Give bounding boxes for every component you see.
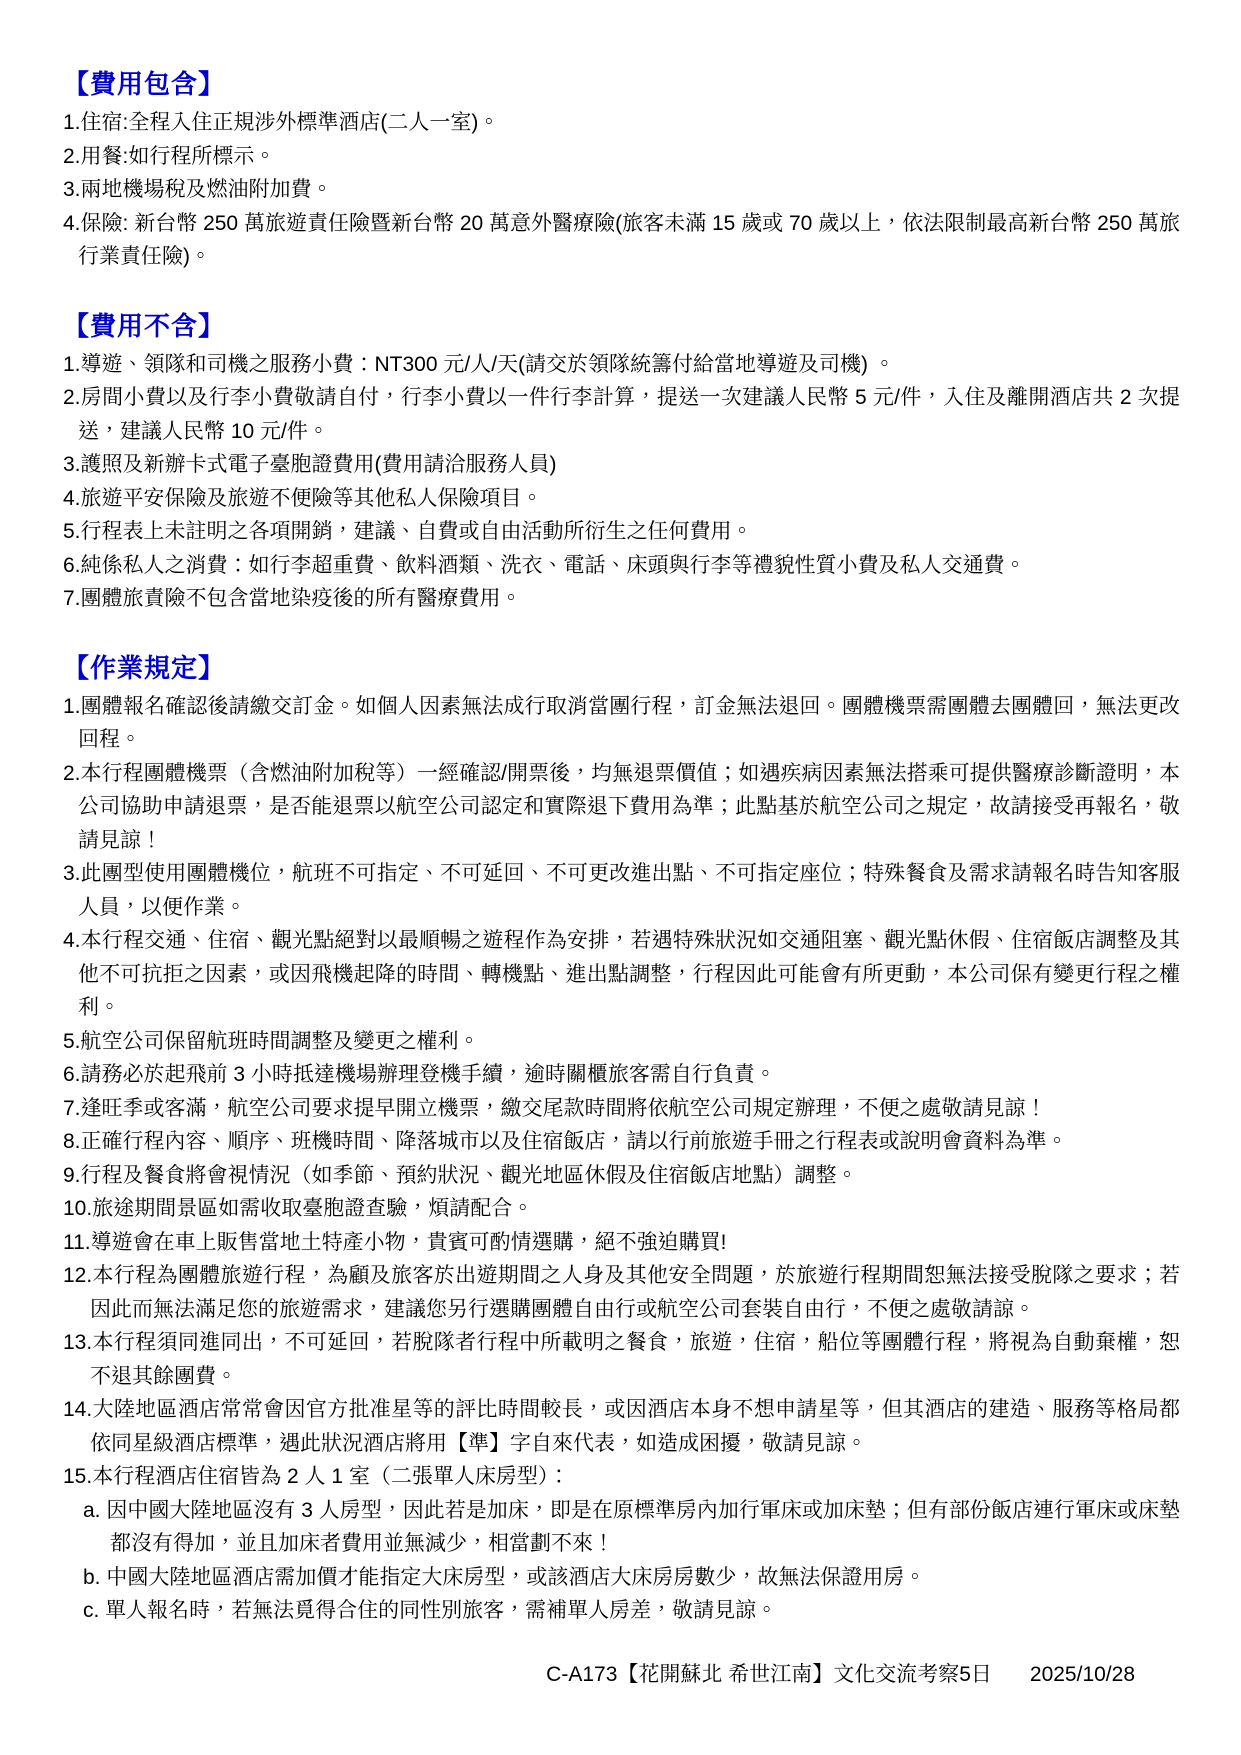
list-item: 2.用餐:如行程所標示。	[63, 140, 1180, 174]
list-item: 5.航空公司保留航班時間調整及變更之權利。	[63, 1025, 1180, 1059]
footer-date: 2025/10/28	[1030, 1658, 1135, 1692]
list-item: b. 中國大陸地區酒店需加價才能指定大床房型，或該酒店大床房房數少，故無法保證用…	[83, 1561, 1180, 1595]
section-fees-excluded: 【費用不含】1.導遊、領隊和司機之服務小費：NT300 元/人/天(請交於領隊統…	[63, 308, 1180, 616]
list-item: a. 因中國大陸地區沒有 3 人房型，因此若是加床，即是在原標準房內加行軍床或加…	[83, 1494, 1180, 1561]
document-sections: 【費用包含】1.住宿:全程入住正規涉外標準酒店(二人一室)。2.用餐:如行程所標…	[63, 66, 1180, 1628]
document-footer: C-A173【花開蘇北 希世江南】文化交流考察5日 2025/10/28	[63, 1658, 1180, 1692]
section-heading-fees-excluded: 【費用不含】	[63, 308, 1180, 344]
list-item: 3.此團型使用團體機位，航班不可指定、不可延回、不可更改進出點、不可指定座位；特…	[63, 857, 1180, 924]
section-heading-operation-rules: 【作業規定】	[63, 650, 1180, 686]
list-item: 1.團體報名確認後請繳交訂金。如個人因素無法成行取消當團行程，訂金無法退回。團體…	[63, 690, 1180, 757]
list-item: 1.住宿:全程入住正規涉外標準酒店(二人一室)。	[63, 106, 1180, 140]
list-item: 6.請務必於起飛前 3 小時抵達機場辦理登機手續，逾時關櫃旅客需自行負責。	[63, 1058, 1180, 1092]
list-item: 6.純係私人之消費：如行李超重費、飲料酒類、洗衣、電話、床頭與行李等禮貌性質小費…	[63, 549, 1180, 583]
list-item: 7.逢旺季或客滿，航空公司要求提早開立機票，繳交尾款時間將依航空公司規定辦理，不…	[63, 1092, 1180, 1126]
list-item: 9.行程及餐食將會視情況（如季節、預約狀況、觀光地區休假及住宿飯店地點）調整。	[63, 1159, 1180, 1193]
list-item: 10.旅途期間景區如需收取臺胞證查驗，煩請配合。	[63, 1192, 1180, 1226]
section-operation-rules: 【作業規定】1.團體報名確認後請繳交訂金。如個人因素無法成行取消當團行程，訂金無…	[63, 650, 1180, 1628]
list-item: 5.行程表上未註明之各項開銷，建議、自費或自由活動所衍生之任何費用。	[63, 515, 1180, 549]
list-item: 4.旅遊平安保險及旅遊不便險等其他私人保險項目。	[63, 482, 1180, 516]
list-item: 13.本行程須同進同出，不可延回，若脫隊者行程中所載明之餐食，旅遊，住宿，船位等…	[63, 1326, 1180, 1393]
list-item: 12.本行程為團體旅遊行程，為顧及旅客於出遊期間之人身及其他安全問題，於旅遊行程…	[63, 1259, 1180, 1326]
list-item: 4.保險: 新台幣 250 萬旅遊責任險暨新台幣 20 萬意外醫療險(旅客未滿 …	[63, 207, 1180, 274]
list-item: 1.導遊、領隊和司機之服務小費：NT300 元/人/天(請交於領隊統籌付給當地導…	[63, 348, 1180, 382]
list-item: 11.導遊會在車上販售當地土特產小物，貴賓可酌情選購，絕不強迫購買!	[63, 1226, 1180, 1260]
list-item: 2.本行程團體機票（含燃油附加稅等）一經確認/開票後，均無退票價值；如遇疾病因素…	[63, 757, 1180, 858]
list-item: 3.兩地機場稅及燃油附加費。	[63, 173, 1180, 207]
list-item: 3.護照及新辦卡式電子臺胞證費用(費用請洽服務人員)	[63, 448, 1180, 482]
list-item: 4.本行程交通、住宿、觀光點絕對以最順暢之遊程作為安排，若遇特殊狀況如交通阻塞、…	[63, 924, 1180, 1025]
list-item: 2.房間小費以及行李小費敬請自付，行李小費以一件行李計算，提送一次建議人民幣 5…	[63, 381, 1180, 448]
section-fees-included: 【費用包含】1.住宿:全程入住正規涉外標準酒店(二人一室)。2.用餐:如行程所標…	[63, 66, 1180, 274]
list-item: 8.正確行程內容、順序、班機時間、降落城市以及住宿飯店，請以行前旅遊手冊之行程表…	[63, 1125, 1180, 1159]
list-item: c. 單人報名時，若無法覓得合住的同性別旅客，需補單人房差，敬請見諒。	[83, 1594, 1180, 1628]
list-item: 14.大陸地區酒店常常會因官方批准星等的評比時間較長，或因酒店本身不想申請星等，…	[63, 1393, 1180, 1460]
document-page: 【費用包含】1.住宿:全程入住正規涉外標準酒店(二人一室)。2.用餐:如行程所標…	[0, 0, 1241, 1755]
footer-trip-title: C-A173【花開蘇北 希世江南】文化交流考察5日	[546, 1658, 992, 1692]
list-item: 7.團體旅責險不包含當地染疫後的所有醫療費用。	[63, 582, 1180, 616]
list-item: 15.本行程酒店住宿皆為 2 人 1 室（二張單人床房型）：	[63, 1460, 1180, 1494]
section-heading-fees-included: 【費用包含】	[63, 66, 1180, 102]
